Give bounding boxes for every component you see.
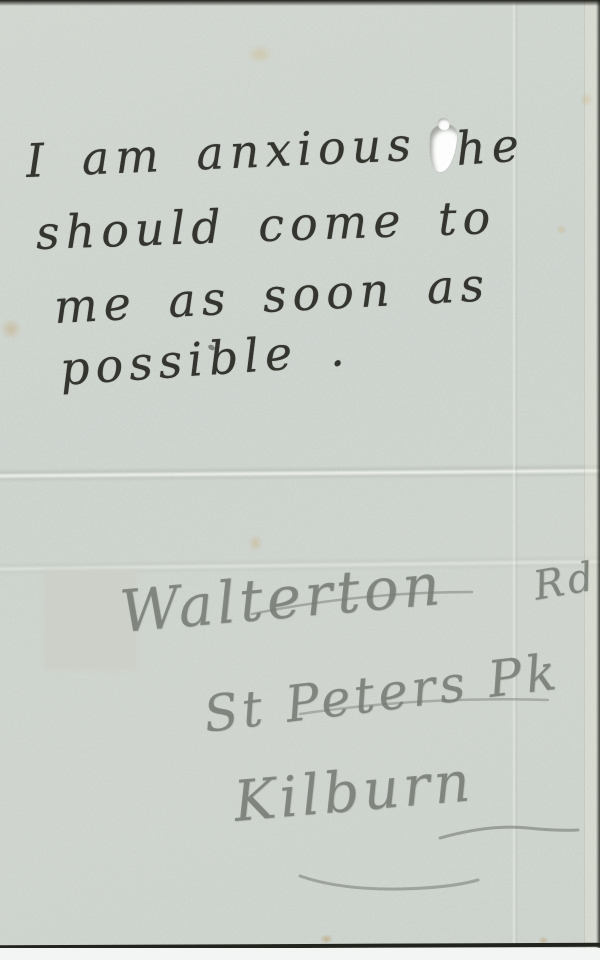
pencil-flourish-strokes (0, 0, 600, 948)
kilburn-underline-flourish (300, 876, 478, 889)
kilburn-trailing-stroke (440, 827, 578, 838)
scanned-letter-page: I am anxious he should come to me as soo… (0, 0, 600, 960)
paper-hole-nub (437, 117, 450, 130)
paper-sheet: I am anxious he should come to me as soo… (0, 0, 600, 948)
paper-edge-top (0, 0, 600, 6)
walterton-crossbar-stroke (252, 592, 472, 614)
peters-crossbar-stroke (300, 699, 548, 714)
paper-edge-right (596, 0, 600, 948)
